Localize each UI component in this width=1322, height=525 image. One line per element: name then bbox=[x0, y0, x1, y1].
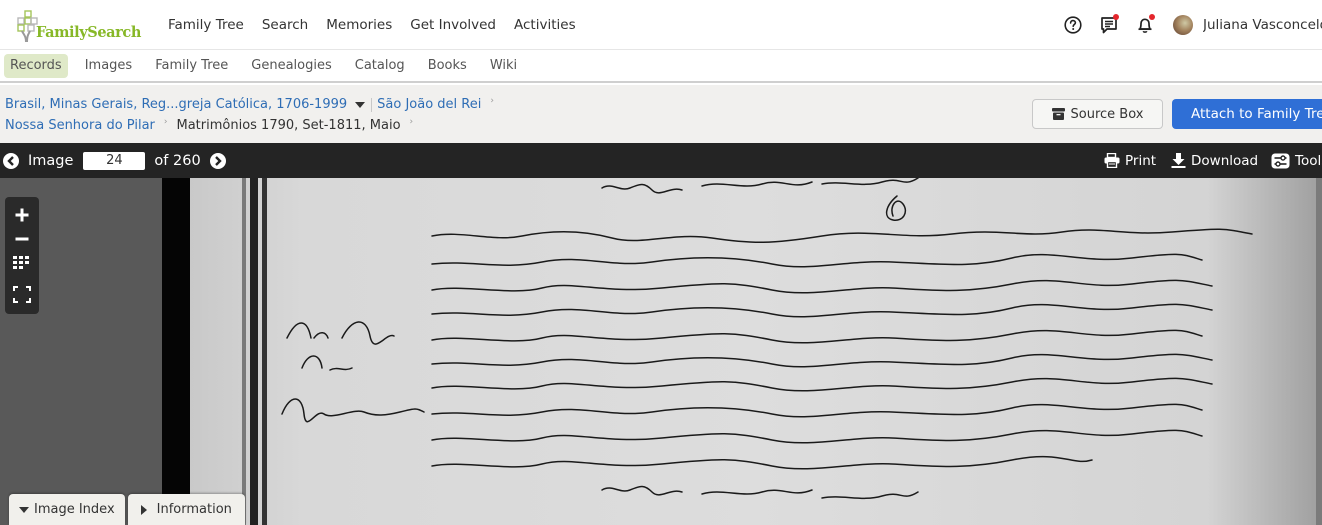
breadcrumb-line-2: Nossa Senhora do Pilar › Matrimônios 179… bbox=[5, 118, 422, 133]
subnav-genealogies[interactable]: Genealogies bbox=[245, 54, 337, 78]
chevron-left-icon bbox=[7, 156, 15, 166]
subnav-catalog[interactable]: Catalog bbox=[349, 54, 411, 78]
breadcrumb-parish[interactable]: Nossa Senhora do Pilar bbox=[5, 118, 155, 133]
avatar[interactable] bbox=[1173, 15, 1193, 35]
messages-badge bbox=[1113, 14, 1119, 20]
zoom-out-icon[interactable] bbox=[15, 237, 29, 241]
messages-button[interactable] bbox=[1091, 0, 1127, 50]
user-name[interactable]: Juliana Vasconcelos bbox=[1203, 17, 1322, 33]
notifications-button[interactable] bbox=[1127, 0, 1163, 50]
source-box-button[interactable]: Source Box bbox=[1032, 99, 1163, 129]
subnav-books[interactable]: Books bbox=[422, 54, 473, 78]
download-label: Download bbox=[1191, 153, 1258, 169]
attach-to-family-tree-button[interactable]: Attach to Family Tree bbox=[1172, 99, 1322, 129]
caret-right-icon bbox=[141, 505, 147, 515]
print-button[interactable]: Print bbox=[1104, 143, 1156, 178]
caret-down-icon bbox=[19, 507, 29, 513]
header-user-area: Juliana Vasconcelos bbox=[1055, 0, 1322, 50]
image-index-tab[interactable]: Image Index bbox=[9, 494, 125, 525]
tree-logo-icon bbox=[16, 9, 38, 43]
sliders-icon bbox=[1271, 153, 1290, 169]
previous-image-button[interactable] bbox=[3, 153, 19, 169]
nav-memories[interactable]: Memories bbox=[317, 0, 401, 50]
bottom-panel-tabs: Image Index Information bbox=[9, 494, 245, 525]
attach-label: Attach to Family Tree bbox=[1191, 106, 1322, 122]
nav-activities[interactable]: Activities bbox=[505, 0, 585, 50]
zoom-controls bbox=[5, 197, 39, 314]
print-label: Print bbox=[1125, 153, 1156, 169]
source-box-label: Source Box bbox=[1071, 107, 1144, 122]
next-image-button[interactable] bbox=[210, 153, 226, 169]
help-circle-icon bbox=[1064, 16, 1082, 34]
handwriting-illustration bbox=[162, 178, 1322, 525]
search-subnav: Records Images Family Tree Genealogies C… bbox=[0, 51, 1322, 83]
top-header: FamilySearch Family Tree Search Memories… bbox=[0, 0, 1322, 50]
information-tab[interactable]: Information bbox=[128, 494, 245, 525]
breadcrumb: Brasil, Minas Gerais, Reg...greja Católi… bbox=[5, 97, 503, 112]
familysearch-logo[interactable]: FamilySearch bbox=[16, 7, 141, 43]
breadcrumb-bar: Brasil, Minas Gerais, Reg...greja Católi… bbox=[0, 85, 1322, 143]
zoom-in-icon[interactable] bbox=[15, 208, 29, 222]
chevron-right-icon: › bbox=[410, 117, 414, 127]
subnav-family-tree[interactable]: Family Tree bbox=[149, 54, 234, 78]
image-total: of 260 bbox=[154, 153, 200, 169]
breadcrumb-city[interactable]: São João del Rei bbox=[377, 97, 481, 112]
image-index-label: Image Index bbox=[34, 502, 115, 517]
download-button[interactable]: Download bbox=[1171, 143, 1258, 178]
nav-family-tree[interactable]: Family Tree bbox=[159, 0, 253, 50]
subnav-images[interactable]: Images bbox=[79, 54, 139, 78]
primary-nav: Family Tree Search Memories Get Involved… bbox=[159, 0, 585, 50]
grid-view-icon[interactable] bbox=[13, 256, 31, 271]
printer-icon bbox=[1104, 153, 1120, 168]
subnav-wiki[interactable]: Wiki bbox=[484, 54, 523, 78]
information-label: Information bbox=[157, 502, 232, 517]
tools-label: Tools bbox=[1295, 153, 1322, 169]
collection-dropdown-icon[interactable] bbox=[355, 102, 365, 108]
image-label: Image bbox=[28, 153, 73, 169]
image-viewer[interactable]: Image Index Information bbox=[0, 178, 1322, 525]
breadcrumb-collection[interactable]: Brasil, Minas Gerais, Reg...greja Católi… bbox=[5, 97, 347, 112]
help-button[interactable] bbox=[1055, 0, 1091, 50]
subnav-records[interactable]: Records bbox=[4, 54, 68, 78]
document-image[interactable] bbox=[162, 178, 1322, 525]
logo-text: FamilySearch bbox=[36, 24, 141, 41]
chevron-right-icon bbox=[214, 156, 222, 166]
tools-button[interactable]: Tools bbox=[1271, 143, 1322, 178]
chevron-right-icon: › bbox=[164, 117, 168, 127]
archive-box-icon bbox=[1052, 108, 1065, 120]
image-toolbar: Image of 260 Print Download Tools bbox=[0, 143, 1322, 178]
breadcrumb-divider bbox=[371, 98, 372, 112]
nav-search[interactable]: Search bbox=[253, 0, 317, 50]
notifications-badge bbox=[1149, 14, 1155, 20]
chevron-right-icon: › bbox=[490, 96, 494, 106]
nav-get-involved[interactable]: Get Involved bbox=[401, 0, 505, 50]
fullscreen-icon[interactable] bbox=[13, 286, 31, 303]
image-number-input[interactable] bbox=[83, 152, 145, 170]
download-icon bbox=[1171, 153, 1186, 168]
breadcrumb-volume: Matrimônios 1790, Set-1811, Maio bbox=[176, 118, 400, 133]
